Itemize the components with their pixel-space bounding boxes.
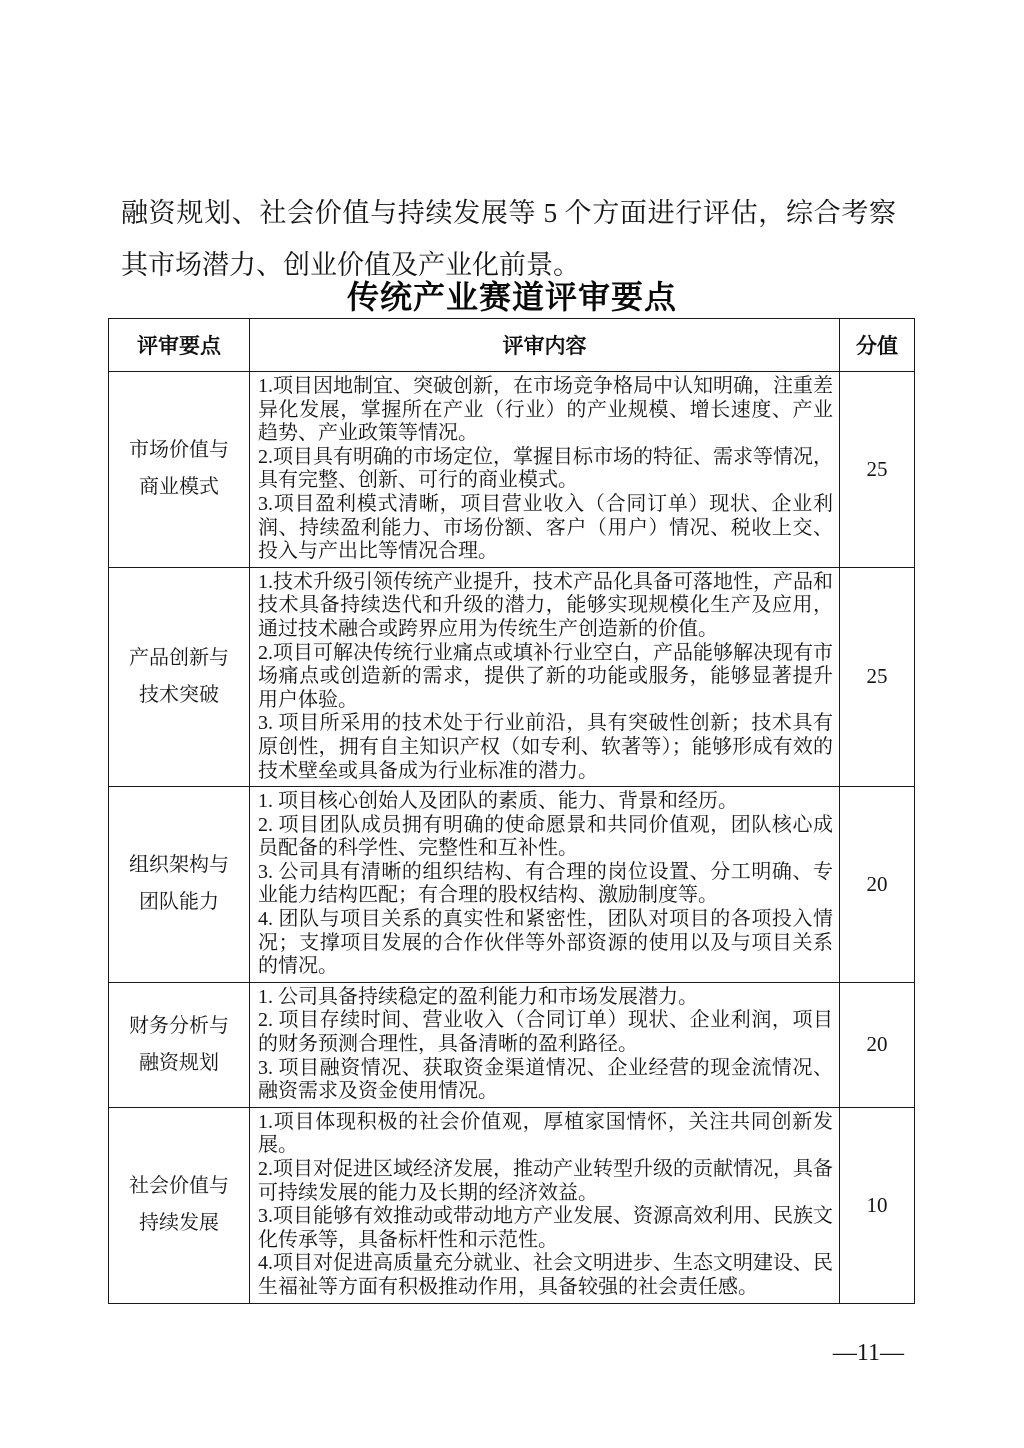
content-item: 2. 项目团队成员拥有明确的使命愿景和共同价值观，团队核心成员配备的科学性、完整… bbox=[258, 814, 833, 861]
table-title: 传统产业赛道评审要点 bbox=[0, 272, 1024, 318]
content-item: 3.项目盈利模式清晰，项目营业收入（合同订单）现状、企业利润、持续盈利能力、市场… bbox=[258, 493, 833, 564]
review-criteria-table: 评审要点 评审内容 分值 市场价值与 商业模式 1.项目因地制宜、突破创新，在市… bbox=[108, 318, 915, 1304]
content-item: 3.项目能够有效推动或带动地方产业发展、资源高效利用、民族文化传承等，具备标杆性… bbox=[258, 1205, 833, 1252]
content-item: 1. 项目核心创始人及团队的素质、能力、背景和经历。 bbox=[258, 790, 833, 814]
row-score: 20 bbox=[840, 787, 915, 983]
row-score: 25 bbox=[840, 567, 915, 786]
table-row: 社会价值与 持续发展 1.项目体现积极的社会价值观，厚植家国情怀，关注共同创新发… bbox=[109, 1107, 915, 1303]
content-item: 1.项目体现积极的社会价值观，厚植家国情怀，关注共同创新发展。 bbox=[258, 1111, 833, 1158]
header-review-point: 评审要点 bbox=[109, 319, 250, 372]
content-item: 1.技术升级引领传统产业提升，技术产品化具备可落地性，产品和技术具备持续迭代和升… bbox=[258, 571, 833, 642]
content-item: 2.项目可解决传统行业痛点或填补行业空白，产品能够解决现有市场痛点或创造新的需求… bbox=[258, 642, 833, 713]
table-row: 组织架构与 团队能力 1. 项目核心创始人及团队的素质、能力、背景和经历。 2.… bbox=[109, 787, 915, 983]
row-category: 社会价值与 持续发展 bbox=[109, 1107, 250, 1303]
document-page: 融资规划、社会价值与持续发展等 5 个方面进行评估，综合考察其市场潜力、创业价值… bbox=[0, 0, 1024, 1448]
table-row: 财务分析与 融资规划 1. 公司具备持续稳定的盈利能力和市场发展潜力。 2. 项… bbox=[109, 982, 915, 1107]
content-item: 4. 团队与项目关系的真实性和紧密性，团队对项目的各项投入情况；支撑项目发展的合… bbox=[258, 908, 833, 979]
header-score: 分值 bbox=[840, 319, 915, 372]
row-content: 1.项目因地制宜、突破创新，在市场竞争格局中认知明确，注重差异化发展，掌握所在产… bbox=[250, 372, 840, 568]
content-item: 3. 项目融资情况、获取资金渠道情况、企业经营的现金流情况、融资需求及资金使用情… bbox=[258, 1057, 833, 1104]
row-category: 市场价值与 商业模式 bbox=[109, 372, 250, 568]
row-category: 财务分析与 融资规划 bbox=[109, 982, 250, 1107]
content-item: 2. 项目存续时间、营业收入（合同订单）现状、企业利润，项目的财务预测合理性，具… bbox=[258, 1009, 833, 1056]
row-category: 产品创新与 技术突破 bbox=[109, 567, 250, 786]
row-content: 1. 公司具备持续稳定的盈利能力和市场发展潜力。 2. 项目存续时间、营业收入（… bbox=[250, 982, 840, 1107]
content-item: 3. 公司具有清晰的组织结构、有合理的岗位设置、分工明确、专业能力结构匹配；有合… bbox=[258, 861, 833, 908]
row-content: 1.技术升级引领传统产业提升，技术产品化具备可落地性，产品和技术具备持续迭代和升… bbox=[250, 567, 840, 786]
table-row: 产品创新与 技术突破 1.技术升级引领传统产业提升，技术产品化具备可落地性，产品… bbox=[109, 567, 915, 786]
row-category: 组织架构与 团队能力 bbox=[109, 787, 250, 983]
header-review-content: 评审内容 bbox=[250, 319, 840, 372]
content-item: 3. 项目所采用的技术处于行业前沿，具有突破性创新；技术具有原创性，拥有自主知识… bbox=[258, 712, 833, 783]
table-row: 市场价值与 商业模式 1.项目因地制宜、突破创新，在市场竞争格局中认知明确，注重… bbox=[109, 372, 915, 568]
content-item: 1. 公司具备持续稳定的盈利能力和市场发展潜力。 bbox=[258, 986, 833, 1010]
row-content: 1. 项目核心创始人及团队的素质、能力、背景和经历。 2. 项目团队成员拥有明确… bbox=[250, 787, 840, 983]
page-number: —11— bbox=[833, 1340, 904, 1367]
table-header-row: 评审要点 评审内容 分值 bbox=[109, 319, 915, 372]
content-item: 4.项目对促进高质量充分就业、社会文明进步、生态文明建设、民生福祉等方面有积极推… bbox=[258, 1252, 833, 1299]
row-score: 20 bbox=[840, 982, 915, 1107]
row-content: 1.项目体现积极的社会价值观，厚植家国情怀，关注共同创新发展。 2.项目对促进区… bbox=[250, 1107, 840, 1303]
content-item: 2.项目对促进区域经济发展，推动产业转型升级的贡献情况，具备可持续发展的能力及长… bbox=[258, 1158, 833, 1205]
row-score: 10 bbox=[840, 1107, 915, 1303]
content-item: 1.项目因地制宜、突破创新，在市场竞争格局中认知明确，注重差异化发展，掌握所在产… bbox=[258, 375, 833, 446]
content-item: 2.项目具有明确的市场定位，掌握目标市场的特征、需求等情况，具有完整、创新、可行… bbox=[258, 446, 833, 493]
row-score: 25 bbox=[840, 372, 915, 568]
